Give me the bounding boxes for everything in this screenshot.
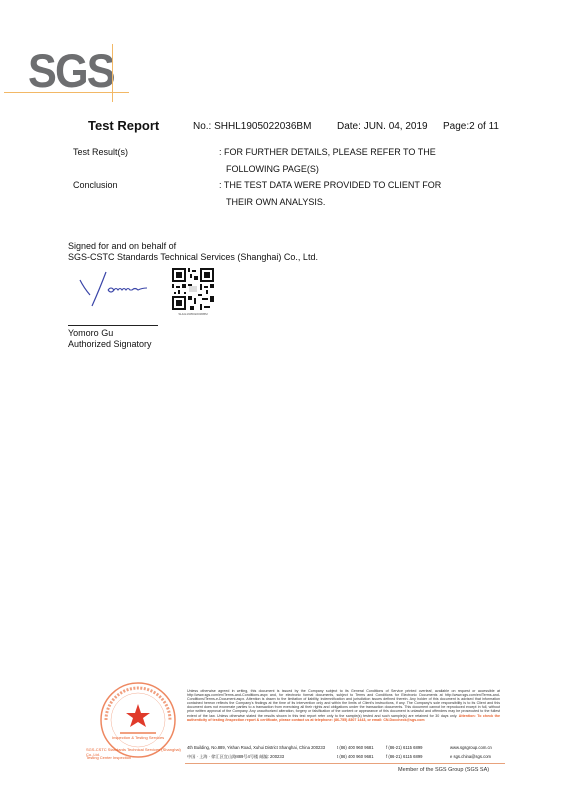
page-number-label: Page:	[443, 121, 469, 132]
test-result-value: : FOR FURTHER DETAILS, PLEASE REFER TO T…	[219, 147, 436, 157]
footer-disclaimer: Unless otherwise agreed in writing, this…	[187, 689, 500, 722]
logo-guide-line	[4, 92, 129, 93]
signed-for-text: Signed for and on behalf of	[68, 241, 176, 251]
website-link[interactable]: www.sgsgroup.com.cn	[450, 745, 492, 750]
conclusion-value-cont: THEIR OWN ANALYSIS.	[226, 197, 325, 207]
signature-line	[68, 325, 158, 326]
telephone-cn: t (86) 400 960 9681	[337, 754, 374, 759]
report-number-value: SHHL1905022036BM	[214, 121, 311, 132]
footer-divider	[185, 763, 505, 764]
disclaimer-text: Unless otherwise agreed in writing, this…	[187, 689, 500, 718]
conclusion-label: Conclusion	[73, 180, 118, 190]
report-title: Test Report	[88, 118, 159, 133]
company-name: SGS-CSTC Standards Technical Services (S…	[68, 252, 318, 262]
address-cn: 中国 · 上海 · 徐汇区宜山路889号4号楼 邮编: 200233	[187, 754, 284, 760]
email-link[interactable]: e sgs.china@sgs.com	[450, 754, 491, 759]
sgs-logo: SGS	[28, 47, 114, 94]
report-number: No.: SHHL1905022036BM	[193, 121, 311, 132]
page-number: Page:2 of 11	[443, 121, 499, 132]
test-result-label: Test Result(s)	[73, 147, 128, 157]
report-date-value: JUN. 04, 2019	[364, 121, 428, 132]
page-number-value: 2 of 11	[469, 121, 499, 132]
report-date: Date: JUN. 04, 2019	[337, 121, 428, 132]
stamp-sub-text: Testing Center Inspection	[86, 755, 131, 760]
report-number-label: No.:	[193, 121, 211, 132]
signature-icon	[78, 268, 163, 313]
fax-cn: f (86-21) 6115 6899	[386, 754, 422, 759]
telephone: t (86) 400 960 9681	[337, 745, 374, 750]
report-date-label: Date:	[337, 121, 361, 132]
qr-caption: SHHL1905022036BM	[172, 312, 214, 316]
fax: f (86-21) 6115 6899	[386, 745, 422, 750]
qr-code-icon	[172, 268, 214, 310]
test-result-value-cont: FOLLOWING PAGE(S)	[226, 164, 319, 174]
signatory-name: Yomoro Gu	[68, 328, 113, 338]
stamp-center-text: Inspection & Testing Services	[112, 735, 164, 740]
address-en: 4th Building, No.889, Yishan Road, Xuhui…	[187, 745, 325, 750]
member-text: Member of the SGS Group (SGS SA)	[398, 767, 489, 773]
conclusion-value: : THE TEST DATA WERE PROVIDED TO CLIENT …	[219, 180, 441, 190]
signatory-role: Authorized Signatory	[68, 339, 152, 349]
logo-guide-line	[112, 44, 113, 102]
